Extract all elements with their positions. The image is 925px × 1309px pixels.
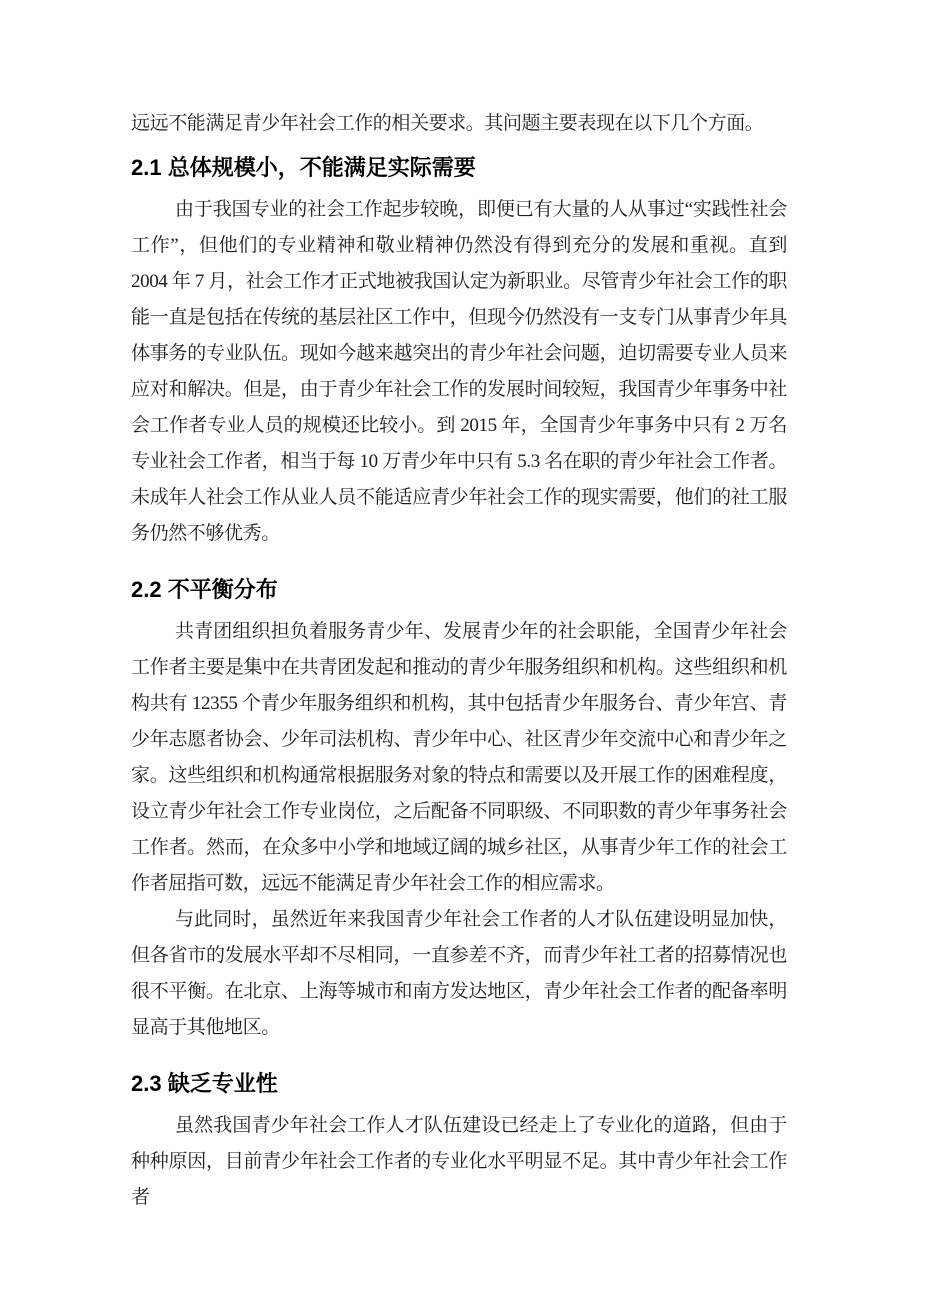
intro-paragraph: 远远不能满足青少年社会工作的相关要求。其问题主要表现在以下几个方面。 [131,106,787,142]
section-2-2-paragraph-2: 与此同时，虽然近年来我国青少年社会工作者的人才队伍建设明显加快，但各省市的发展水… [131,902,787,1046]
section-2-2-paragraph-1: 共青团组织担负着服务青少年、发展青少年的社会职能，全国青少年社会工作者主要是集中… [131,614,787,902]
section-heading-2-1: 2.1 总体规模小，不能满足实际需要 [131,148,787,188]
document-page: 远远不能满足青少年社会工作的相关要求。其问题主要表现在以下几个方面。 2.1 总… [0,0,925,1309]
section-heading-2-3: 2.3 缺乏专业性 [131,1064,787,1104]
section-heading-2-2: 2.2 不平衡分布 [131,570,787,610]
section-2-3-paragraph: 虽然我国青少年社会工作人才队伍建设已经走上了专业化的道路，但由于种种原因，目前青… [131,1108,787,1216]
section-2-1-paragraph: 由于我国专业的社会工作起步较晚，即便已有大量的人从事过“实践性社会工作”，但他们… [131,192,787,552]
